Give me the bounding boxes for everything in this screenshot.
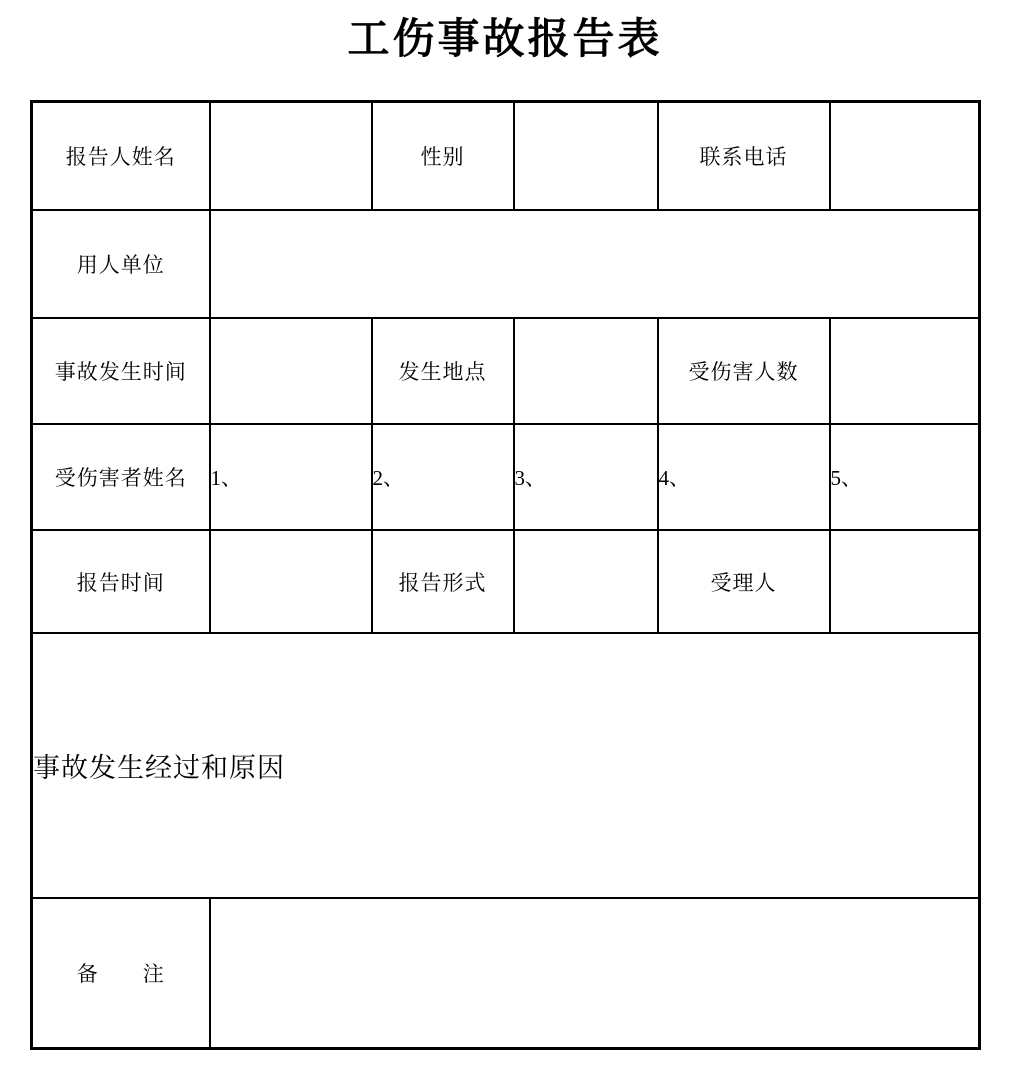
injured-name-slot-2[interactable]: 2、 xyxy=(372,424,514,530)
gender-field[interactable] xyxy=(514,102,658,211)
row-employer: 用人单位 xyxy=(32,210,980,318)
accident-description-label: 事故发生经过和原因 xyxy=(33,753,285,783)
report-time-label: 报告时间 xyxy=(32,530,210,633)
report-form-page: 工伤事故报告表 报告人姓名 性别 联系电话 用人单位 事故发生时间 发生地点 xyxy=(0,0,1010,1091)
contact-phone-label: 联系电话 xyxy=(658,102,830,211)
row-accident-description: 事故发生经过和原因 xyxy=(32,633,980,898)
row-remarks: 备 注 xyxy=(32,898,980,1049)
employer-label: 用人单位 xyxy=(32,210,210,318)
form-title: 工伤事故报告表 xyxy=(0,16,1010,64)
contact-phone-field[interactable] xyxy=(830,102,980,211)
row-accident-info: 事故发生时间 发生地点 受伤害人数 xyxy=(32,318,980,424)
gender-label: 性别 xyxy=(372,102,514,211)
injured-name-slot-3[interactable]: 3、 xyxy=(514,424,658,530)
handler-label: 受理人 xyxy=(658,530,830,633)
injured-name-slot-5[interactable]: 5、 xyxy=(830,424,980,530)
accident-location-label: 发生地点 xyxy=(372,318,514,424)
report-time-field[interactable] xyxy=(210,530,372,633)
injured-count-field[interactable] xyxy=(830,318,980,424)
report-table: 报告人姓名 性别 联系电话 用人单位 事故发生时间 发生地点 受伤害人数 受伤害… xyxy=(30,100,981,1050)
row-injured-names: 受伤害者姓名 1、 2、 3、 4、 5、 xyxy=(32,424,980,530)
reporter-name-label: 报告人姓名 xyxy=(32,102,210,211)
accident-description-cell[interactable]: 事故发生经过和原因 xyxy=(32,633,980,898)
row-reporter: 报告人姓名 性别 联系电话 xyxy=(32,102,980,211)
injured-count-label: 受伤害人数 xyxy=(658,318,830,424)
employer-field[interactable] xyxy=(210,210,980,318)
accident-time-label: 事故发生时间 xyxy=(32,318,210,424)
accident-location-field[interactable] xyxy=(514,318,658,424)
reporter-name-field[interactable] xyxy=(210,102,372,211)
report-method-label: 报告形式 xyxy=(372,530,514,633)
remarks-field[interactable] xyxy=(210,898,980,1049)
injured-name-slot-4[interactable]: 4、 xyxy=(658,424,830,530)
injured-name-slot-1[interactable]: 1、 xyxy=(210,424,372,530)
report-method-field[interactable] xyxy=(514,530,658,633)
row-report-info: 报告时间 报告形式 受理人 xyxy=(32,530,980,633)
handler-field[interactable] xyxy=(830,530,980,633)
injured-names-label: 受伤害者姓名 xyxy=(32,424,210,530)
remarks-label: 备 注 xyxy=(32,898,210,1049)
accident-time-field[interactable] xyxy=(210,318,372,424)
